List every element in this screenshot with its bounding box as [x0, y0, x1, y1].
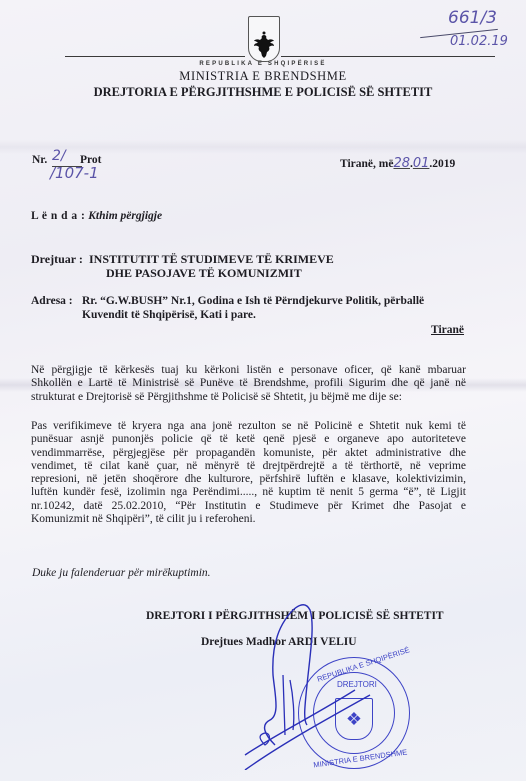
letterhead-rule-right [281, 56, 495, 57]
nr-label: Nr. [32, 154, 47, 166]
date-month: 01 [413, 156, 430, 171]
protocol-number: Nr. 2/ Prot /107-1 [32, 150, 122, 186]
address-city: Tiranë [431, 324, 464, 336]
addressee-line2: DHE PASOJAVE TË KOMUNIZMIT [106, 266, 302, 281]
paragraph-line: represioni, në jetën shoqërore dhe kultu… [31, 473, 466, 486]
paragraph-line: Komunizmit në Shqipëri”, të cilit ju i r… [31, 513, 466, 526]
albanian-eagle-emblem-icon [248, 16, 280, 62]
paragraph-line: nr.10242, datë 25.02.2010, “Për Institut… [31, 500, 466, 513]
paragraph-line: Shkollën e Lartë të Ministrisë së Punëve… [31, 377, 466, 390]
subject-label: L ë n d a : [31, 210, 85, 222]
letterhead-ministry: MINISTRIA E BRENDSHME [0, 69, 526, 84]
address-label: Adresa : [31, 295, 73, 307]
body-paragraph-2: Pas verifikimeve të kryera nga ana jonë … [31, 420, 466, 526]
address-line1: Rr. “G.W.BUSH” Nr.1, Godina e Ish të Për… [82, 295, 424, 307]
registry-date: 01.02.19 [450, 34, 508, 49]
place-label: Tiranë, më [340, 158, 393, 170]
addressee-label: Drejtuar : [31, 252, 83, 267]
paragraph-line: punësuar asnjë punonjës policie që të ke… [31, 433, 466, 446]
date-year: .2019 [429, 158, 455, 170]
paragraph-line: Pas verifikimeve të kryera nga ana jonë … [31, 420, 466, 433]
place-date: Tiranë, më28.01.2019 [340, 154, 455, 172]
paragraph-line: vendimet, të cilat kanë çuar, në mënyrë … [31, 460, 466, 473]
registry-number: 661/3 [448, 8, 497, 28]
paragraph-line: strukturat e Drejtorisë së Përgjithshme … [31, 391, 466, 404]
addressee-line1: INSTITUTIT TË STUDIMEVE TË KRIMEVE [89, 252, 334, 267]
paragraph-line: vendimmarrëse, përgjegjëse për propagand… [31, 447, 466, 460]
letterhead-republic: REPUBLIKA E SHQIPËRISË [0, 61, 526, 67]
closing-line: Duke ju falenderuar për mirëkuptimin. [32, 567, 211, 579]
subject-line: L ë n d a : Kthim përgjigje [31, 210, 162, 222]
paragraph-line: luftën kundër fesë, izolimin nga Perëndi… [31, 486, 466, 499]
body-paragraph-1: Në përgjigje të kërkesës tuaj ku kërkoni… [31, 364, 466, 404]
subject-value: Kthim përgjigje [88, 210, 162, 222]
date-day: 28 [393, 156, 410, 171]
nr-handwritten-top: 2/ [52, 148, 66, 164]
handwritten-signature [235, 595, 385, 770]
paragraph-line: Në përgjigje të kërkesës tuaj ku kërkoni… [31, 364, 466, 377]
nr-handwritten-bottom: /107-1 [50, 164, 99, 182]
address-line2: Kuvendit të Shqipërisë, Kati i pare. [82, 309, 256, 321]
letterhead-rule-left [65, 56, 245, 57]
letterhead-directorate: DREJTORIA E PËRGJITHSHME E POLICISË SË S… [0, 85, 526, 100]
